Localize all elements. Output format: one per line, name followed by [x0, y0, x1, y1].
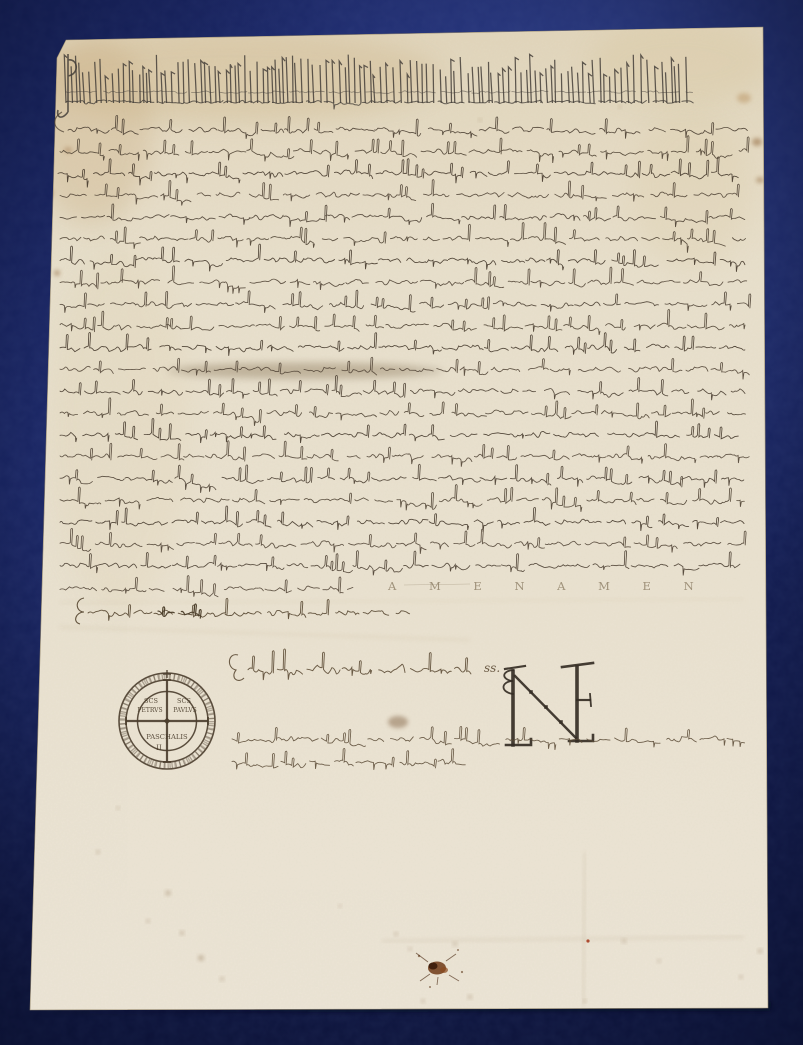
amen-text: A M E N A M E N: [387, 579, 703, 593]
amen-capitals: A M E N A M E N: [387, 579, 703, 593]
subscription-ss-mark: ss.: [484, 661, 500, 675]
photograph-of-charter: A M E N A M E N ss. SCS PETRVS SCS PAVLV…: [0, 0, 803, 1045]
rota-paulus: PAVLVS: [173, 707, 197, 714]
rota-scs-left: SCS: [144, 697, 158, 705]
scene-svg: A M E N A M E N ss. SCS PETRVS SCS PAVLV…: [0, 0, 803, 1045]
rota-paschalis: PASCHALIS: [146, 733, 188, 741]
rota-scs-right: SCS: [177, 697, 191, 705]
rota-numeral: II: [156, 744, 162, 752]
rota-petrus: PETRVS: [137, 707, 162, 714]
